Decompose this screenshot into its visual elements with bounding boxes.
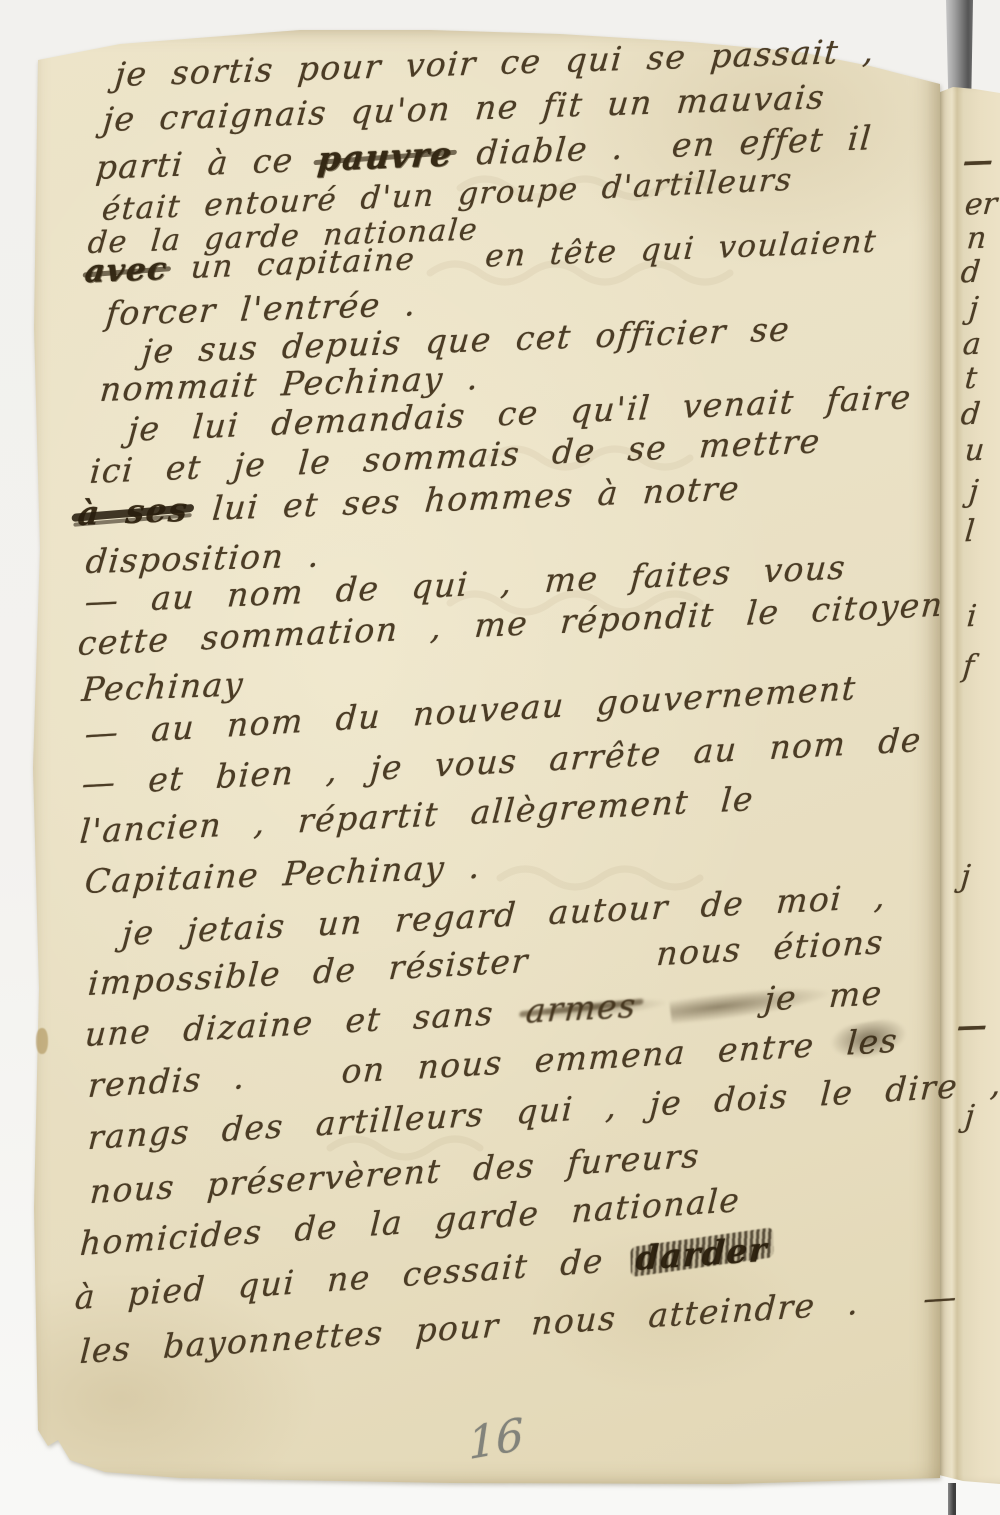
paper-stain [36,1028,48,1054]
blotted-word: pauvre [316,134,454,178]
manuscript-line: Pechinay [80,664,245,709]
struck-word: à ses [76,490,190,533]
blotted-word: avec [83,251,169,290]
page-number: 16 [468,1409,525,1470]
photo-backdrop: — er n d j a t d u j l i f j — j je sort… [0,0,1000,1515]
